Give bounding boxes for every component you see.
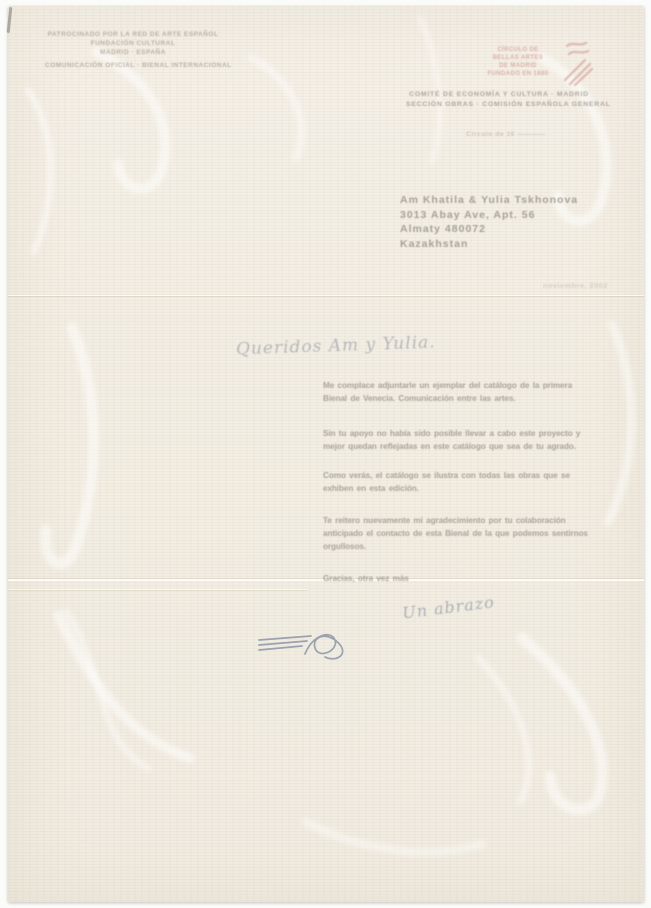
letterhead-left-block: PATROCINADO POR LA RED DE ARTE ESPAÑOL F…: [45, 30, 221, 70]
letterhead-sub-line: Círculo de 16 ————: [441, 131, 571, 138]
body-line: Bienal de Venecia. Comunicación entre la…: [323, 392, 572, 405]
body-paragraph-2: Sin tu apoyo no había sido posible lleva…: [323, 427, 580, 453]
body-paragraph-4: Te reitero nuevamente mi agradecimiento …: [323, 514, 588, 553]
body-line: anticipado el contacto de esta Bienal de…: [323, 527, 588, 540]
closing-line: Gracias, otra vez más: [323, 572, 409, 585]
date-line: noviembre, 2002: [543, 281, 608, 290]
fold-crease-highlight: [8, 589, 308, 591]
logo-text-line: DE MADRID: [479, 62, 557, 70]
letterhead-center-block: COMITÉ DE ECONOMÍA Y CULTURA · MADRID SE…: [406, 90, 592, 109]
logo-text-block: CÍRCULO DE BELLAS ARTES DE MADRID FUNDAD…: [479, 46, 557, 78]
body-line: mejor quedan reflejadas en este catálogo…: [323, 440, 580, 453]
fold-crease-top: [8, 295, 644, 299]
logo-text-line: CÍRCULO DE: [479, 46, 557, 54]
address-line: Kazakhstan: [400, 237, 578, 252]
letterhead-left-line: PATROCINADO POR LA RED DE ARTE ESPAÑOL: [45, 30, 221, 39]
body-paragraph-1: Me complace adjuntarle un ejemplar del c…: [323, 379, 572, 405]
body-line: Como verás, el catálogo se ilustra con t…: [323, 469, 570, 482]
logo-text-line: BELLAS ARTES: [479, 54, 557, 62]
paper-sheet: [8, 6, 644, 902]
address-line: Am Khatila & Yulia Tskhonova: [400, 193, 578, 208]
body-line: Sin tu apoyo no había sido posible lleva…: [323, 427, 580, 440]
address-line: 3013 Abay Ave, Apt. 56: [400, 208, 578, 223]
letterhead-left-line: MADRID · ESPAÑA: [45, 48, 221, 57]
letterhead-center-line: COMITÉ DE ECONOMÍA Y CULTURA · MADRID: [406, 90, 592, 100]
letterhead-left-line: COMUNICACIÓN OFICIAL · BIENAL INTERNACIO…: [45, 61, 221, 70]
body-line: exhiben en esta edición.: [323, 482, 570, 495]
body-line: Me complace adjuntarle un ejemplar del c…: [323, 379, 572, 392]
body-line: Te reitero nuevamente mi agradecimiento …: [323, 514, 588, 527]
signature-scribble-icon: [255, 620, 355, 668]
body-paragraph-3: Como verás, el catálogo se ilustra con t…: [323, 469, 570, 495]
letterhead-left-line: FUNDACIÓN CULTURAL: [45, 39, 221, 48]
body-line: orgullosos.: [323, 540, 588, 553]
red-stripes-emblem-icon: [560, 38, 594, 86]
scanned-letter-page: PATROCINADO POR LA RED DE ARTE ESPAÑOL F…: [0, 0, 651, 908]
address-line: Almaty 480072: [400, 222, 578, 237]
address-block: Am Khatila & Yulia Tskhonova 3013 Abay A…: [400, 193, 578, 251]
logo-text-line: FUNDADO EN 1880: [479, 70, 557, 78]
letterhead-center-line: SECCIÓN OBRAS · COMISIÓN ESPAÑOLA GENERA…: [406, 100, 592, 110]
